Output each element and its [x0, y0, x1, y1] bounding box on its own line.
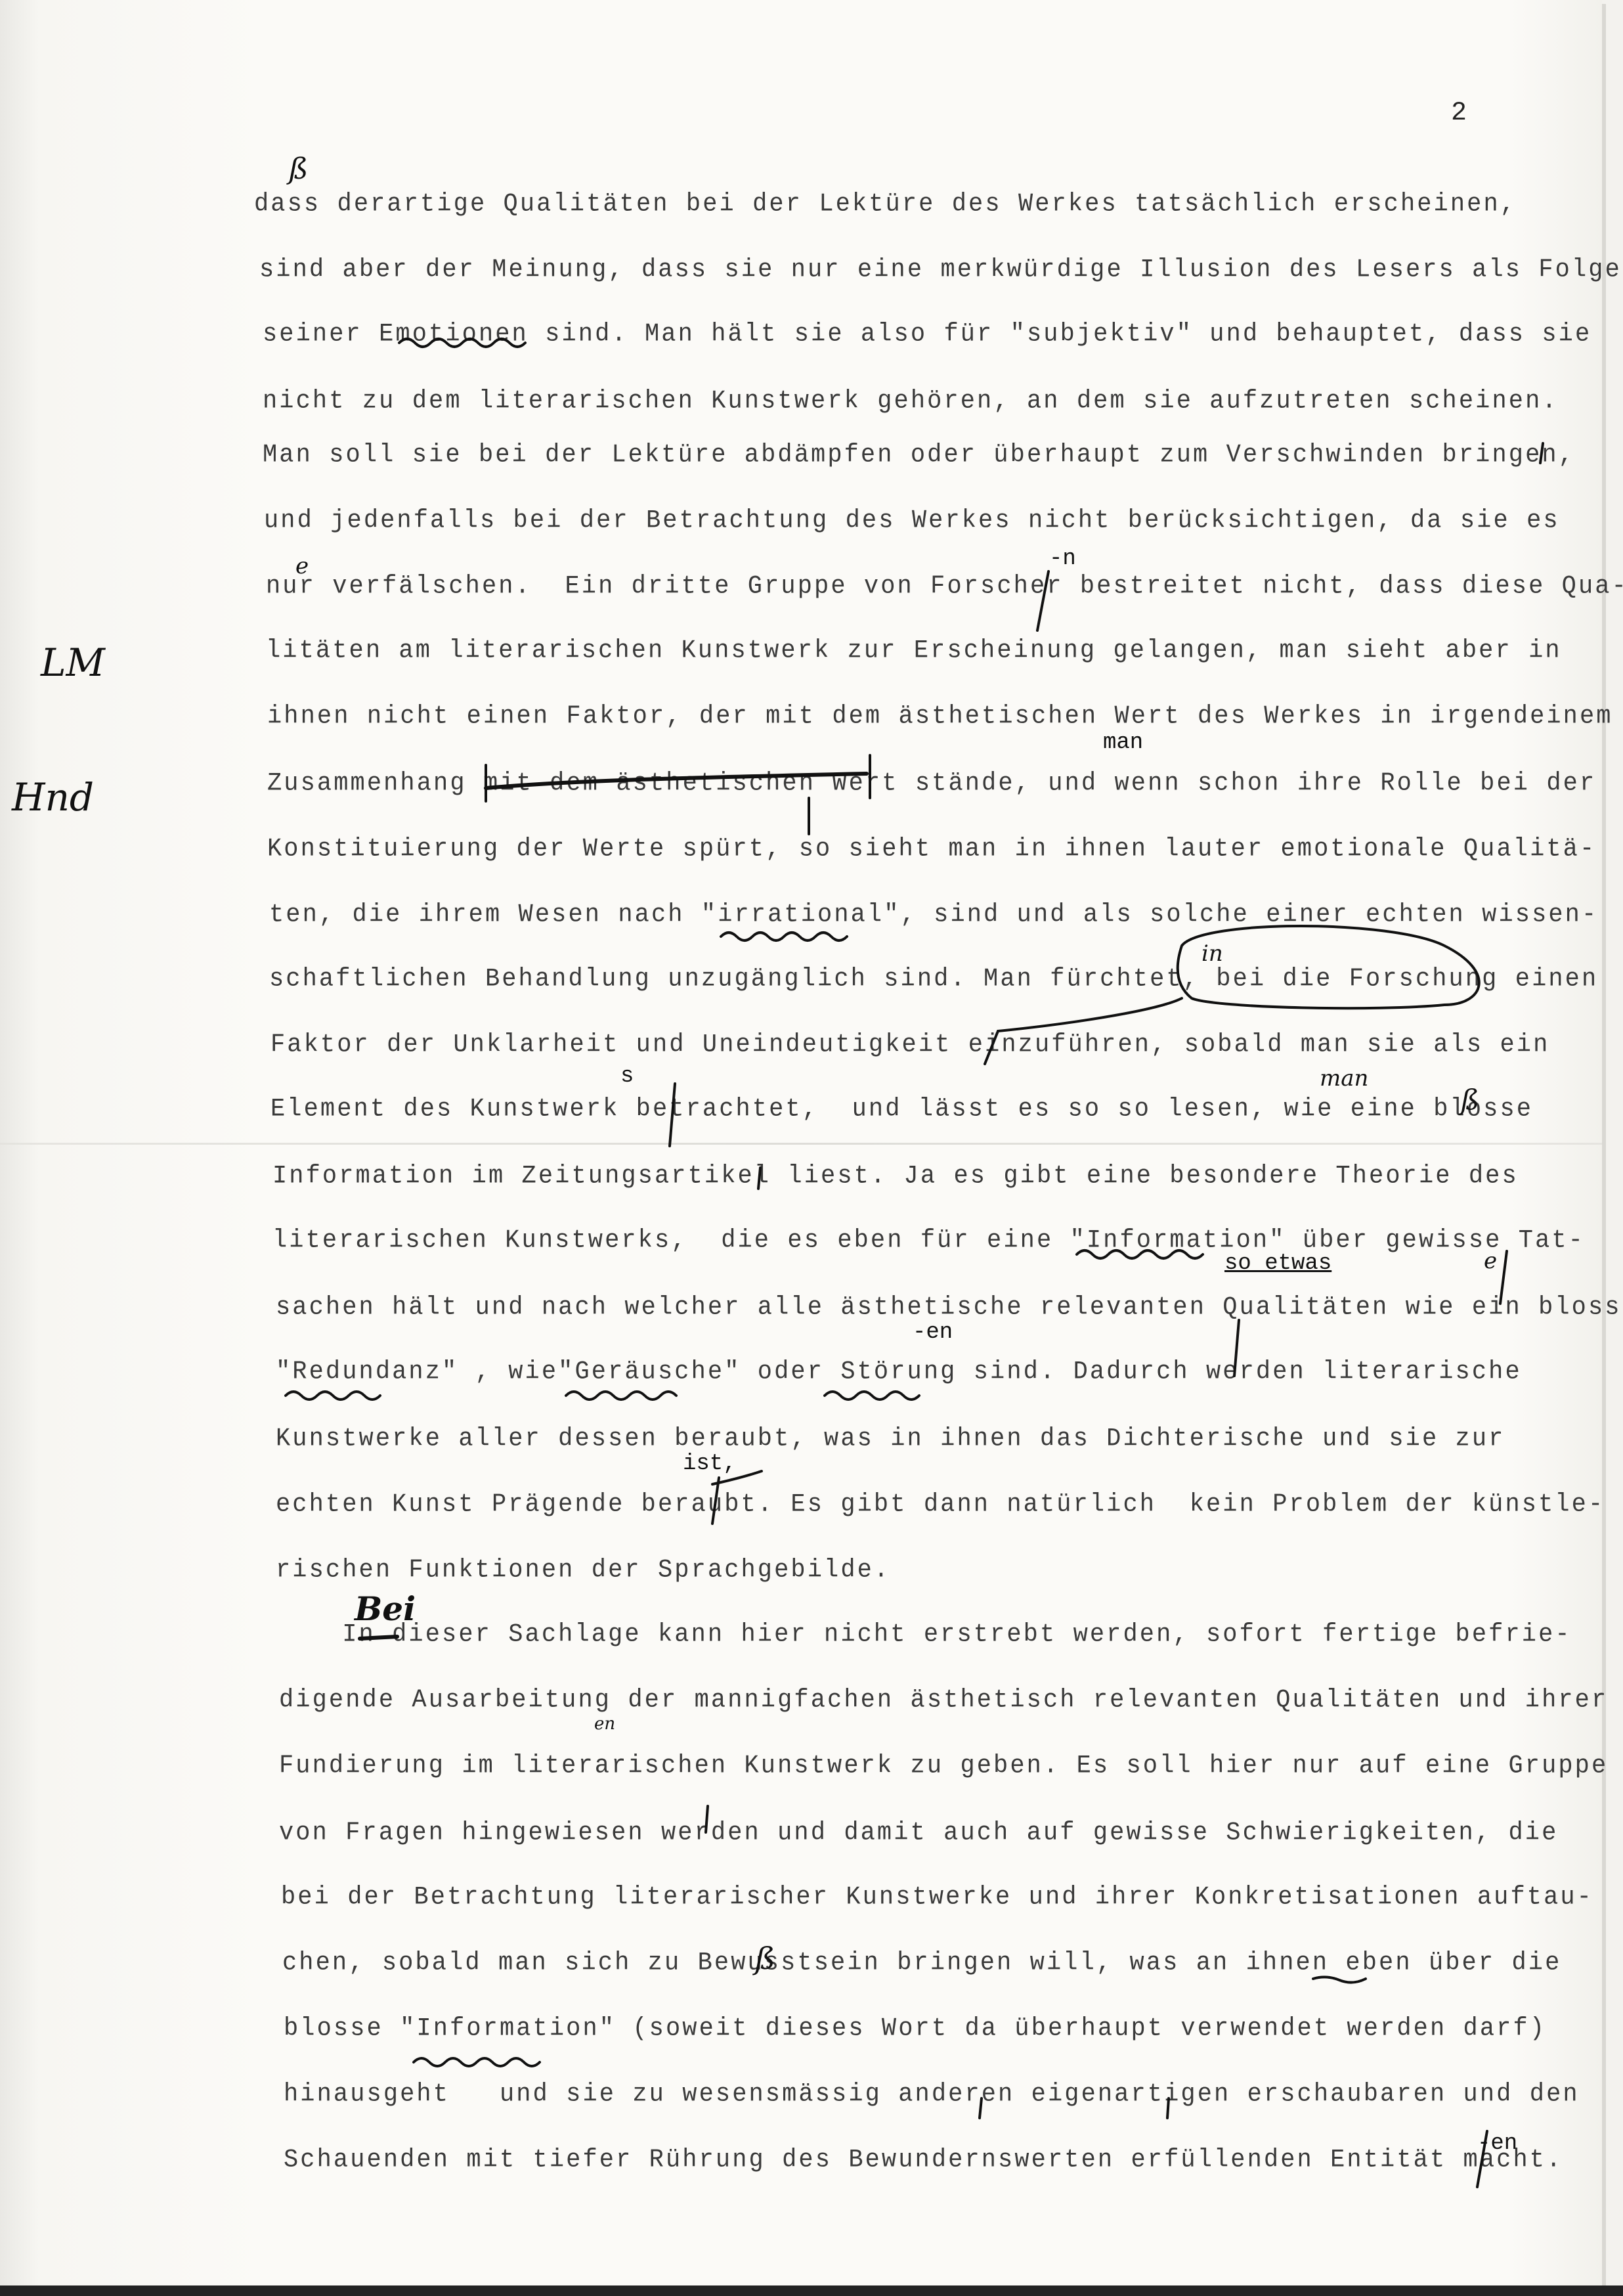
typed-line: ihnen nicht einen Faktor, der mit dem äs… — [267, 702, 1613, 731]
typed-line: und jedenfalls bei der Betrachtung des W… — [264, 506, 1560, 535]
insertion-en-ausarbeitung: en — [594, 1714, 615, 1734]
typed-line: "Redundanz" , wie"Geräusche" oder Störun… — [276, 1358, 1522, 1386]
typed-line: schaftlichen Behandlung unzugänglich sin… — [269, 965, 1598, 994]
typed-line: dass derartige Qualitäten bei der Lektür… — [254, 190, 1517, 219]
typed-line: Fundierung im literarischen Kunstwerk zu… — [279, 1752, 1608, 1780]
typed-line: literarischen Kunstwerks, die es eben fü… — [272, 1226, 1585, 1255]
typed-line: rischen Funktionen der Sprachgebilde. — [276, 1556, 890, 1585]
typed-line: Information im Zeitungsartikel liest. Ja… — [272, 1162, 1519, 1191]
typed-line: Kunstwerke aller dessen beraubt, was in … — [276, 1424, 1505, 1453]
insertion-sz-bewusstsein: ß — [755, 1941, 775, 1976]
insertion-so-etwas: so etwas — [1224, 1251, 1331, 1276]
typed-line: Man soll sie bei der Lektüre abdämpfen o… — [263, 441, 1575, 470]
margin-note-lm: LM — [41, 640, 105, 685]
typed-line: sachen hält und nach welcher alle ästhet… — [276, 1293, 1623, 1322]
paper-fold-line — [0, 1143, 1602, 1145]
typed-line: Element des Kunstwerk betrachtet, und lä… — [270, 1095, 1533, 1124]
insertion-man-wie: man — [1320, 1065, 1368, 1092]
typed-line: Schauenden mit tiefer Rührung des Bewund… — [284, 2146, 1563, 2175]
typed-line: ten, die ihrem Wesen nach "irrational", … — [269, 900, 1598, 929]
page-number: 2 — [1451, 99, 1467, 128]
insertion-ist: ist, — [683, 1451, 737, 1476]
typed-line: Faktor der Unklarheit und Uneindeutigkei… — [270, 1030, 1549, 1059]
insertion-bei: Bei — [355, 1589, 416, 1628]
typed-line: von Fragen hingewiesen werden und damit … — [279, 1819, 1558, 1847]
margin-note-hnd: Hnd — [12, 775, 94, 820]
scan-bottom-edge — [0, 2285, 1623, 2296]
insertion-e-ein: e — [1484, 1248, 1497, 1274]
insertion-n-forscher: -n — [1049, 546, 1076, 571]
typed-line: bei der Betrachtung literarischer Kunstw… — [281, 1883, 1593, 1912]
insertion-sz-dass: ß — [289, 152, 308, 186]
insertion-en-entitaet: -en — [1477, 2131, 1517, 2156]
typed-line: blosse "Information" (soweit dieses Wort… — [284, 2014, 1546, 2043]
typed-line: nur verfälschen. Ein dritte Gruppe von F… — [266, 572, 1623, 601]
insertion-man-wenn: man — [1103, 730, 1143, 755]
typed-line: hinausgeht und sie zu wesensmässig ander… — [284, 2080, 1580, 2109]
insertion-en-stoerung: -en — [913, 1320, 953, 1345]
typed-line: Konstituierung der Werte spürt, so sieht… — [267, 835, 1596, 864]
typed-line: echten Kunst Prägende beraubt. Es gibt d… — [276, 1490, 1605, 1519]
typed-line: seiner Emotionen sind. Man hält sie also… — [263, 320, 1591, 349]
typed-line: nicht zu dem literarischen Kunstwerk geh… — [263, 387, 1559, 416]
typed-line: digende Ausarbeitung der mannigfachen äs… — [279, 1686, 1608, 1715]
typed-line: litäten am literarischen Kunstwerk zur E… — [266, 636, 1562, 665]
insertion-s-kunstwerk: s — [620, 1064, 634, 1089]
typed-line: chen, sobald man sich zu Bewusstsein bri… — [282, 1949, 1561, 1977]
typed-line: Zusammenhang mit dem ästhetischen Wert s… — [267, 769, 1596, 798]
document-page: 2 LM Hnd dass derartige Qualitäten bei d… — [0, 0, 1602, 2285]
typed-line: sind aber der Meinung, dass sie nur eine… — [259, 255, 1622, 284]
insertion-in-forschung: in — [1201, 940, 1223, 967]
insertion-e-ein: e — [295, 553, 309, 579]
typed-line: In dieser Sachlage kann hier nicht erstr… — [276, 1620, 1572, 1649]
insertion-sz-blosse: ß — [1461, 1084, 1479, 1116]
